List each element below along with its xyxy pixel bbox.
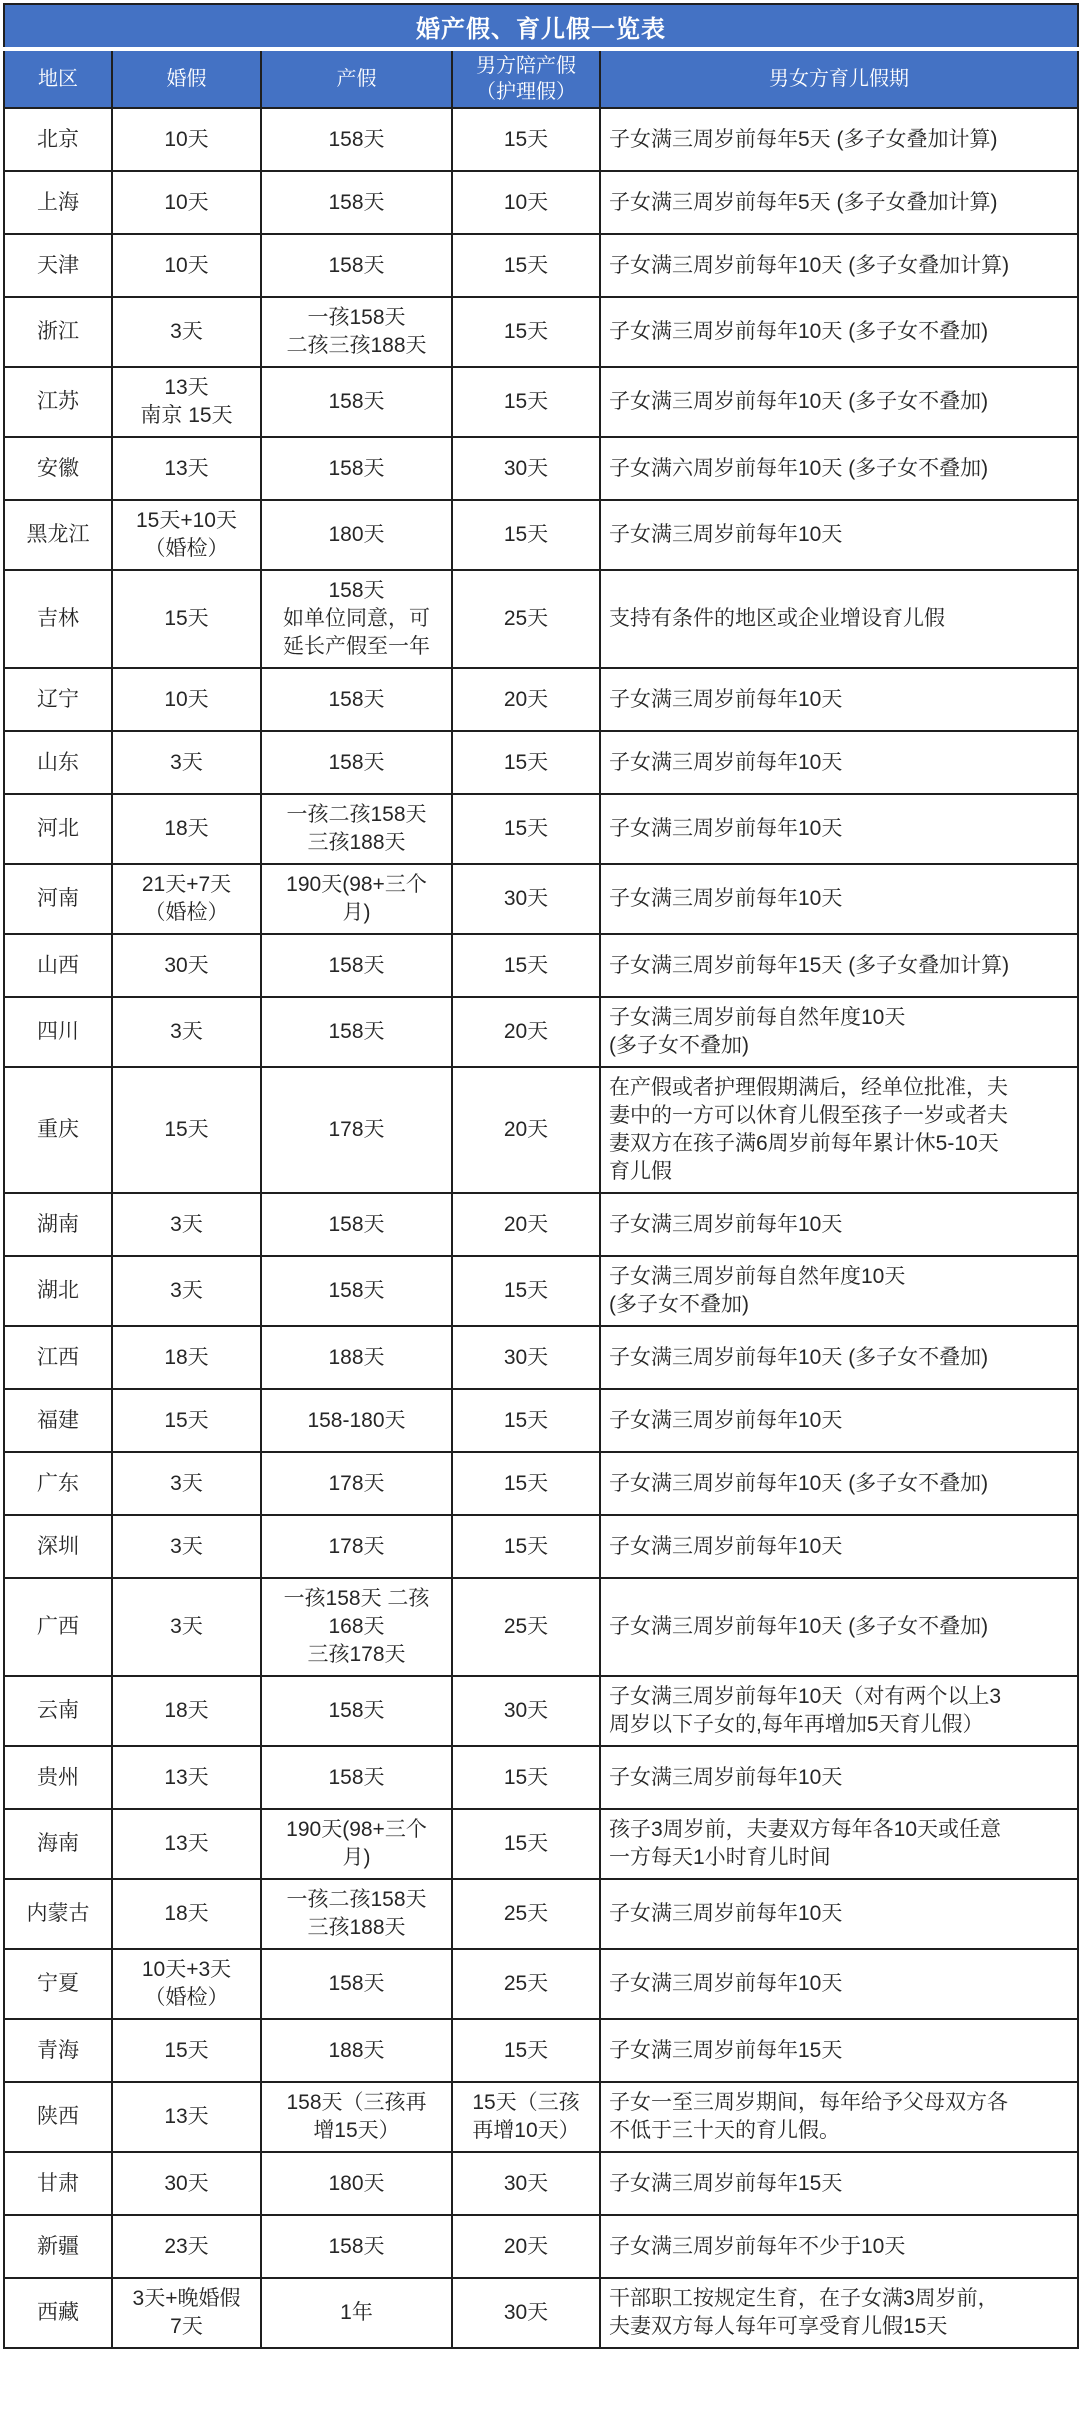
maternity-leave-cell: 180天 [261, 500, 452, 570]
maternity-leave-cell: 188天 [261, 2019, 452, 2082]
marriage-leave-cell: 30天 [112, 2152, 261, 2215]
paternity-leave-cell: 15天 [452, 1809, 600, 1879]
parental-leave-cell: 子女满三周岁前每年10天 [600, 731, 1078, 794]
marriage-leave-cell: 3天 [112, 1452, 261, 1515]
region-cell: 新疆 [4, 2215, 112, 2278]
parental-leave-cell: 子女满三周岁前每年10天 [600, 1746, 1078, 1809]
marriage-leave-cell: 13天 [112, 1746, 261, 1809]
table-title: 婚产假、育儿假一览表 [4, 4, 1078, 49]
region-cell: 广西 [4, 1578, 112, 1676]
paternity-leave-cell: 30天 [452, 2152, 600, 2215]
maternity-leave-cell: 190天(98+三个 月) [261, 1809, 452, 1879]
region-cell: 宁夏 [4, 1949, 112, 2019]
maternity-leave-cell: 158天 [261, 1676, 452, 1746]
maternity-leave-cell: 188天 [261, 1326, 452, 1389]
parental-leave-cell: 子女满三周岁前每年10天 (多子女不叠加) [600, 1326, 1078, 1389]
paternity-leave-cell: 30天 [452, 2278, 600, 2348]
paternity-leave-cell: 30天 [452, 1676, 600, 1746]
column-header-parental: 男女方育儿假期 [600, 49, 1078, 108]
paternity-leave-cell: 25天 [452, 1578, 600, 1676]
paternity-leave-cell: 25天 [452, 570, 600, 668]
table-row: 河南21天+7天 （婚检）190天(98+三个 月)30天子女满三周岁前每年10… [4, 864, 1078, 934]
header-row: 地区 婚假 产假 男方陪产假 （护理假） 男女方育儿假期 [4, 49, 1078, 108]
maternity-leave-cell: 158天 [261, 731, 452, 794]
region-cell: 山西 [4, 934, 112, 997]
marriage-leave-cell: 18天 [112, 1676, 261, 1746]
marriage-leave-cell: 3天 [112, 1515, 261, 1578]
region-cell: 甘肃 [4, 2152, 112, 2215]
column-header-paternity: 男方陪产假 （护理假） [452, 49, 600, 108]
region-cell: 广东 [4, 1452, 112, 1515]
paternity-leave-cell: 15天 [452, 1452, 600, 1515]
marriage-leave-cell: 10天 [112, 668, 261, 731]
maternity-leave-cell: 一孩二孩158天 三孩188天 [261, 1879, 452, 1949]
paternity-leave-cell: 15天 [452, 1746, 600, 1809]
table-row: 广西3天一孩158天 二孩 168天 三孩178天25天子女满三周岁前每年10天… [4, 1578, 1078, 1676]
maternity-leave-cell: 158天 [261, 1949, 452, 2019]
paternity-leave-cell: 15天 [452, 1515, 600, 1578]
region-cell: 吉林 [4, 570, 112, 668]
maternity-leave-cell: 158天 [261, 437, 452, 500]
paternity-leave-cell: 30天 [452, 437, 600, 500]
table-head: 婚产假、育儿假一览表 地区 婚假 产假 男方陪产假 （护理假） 男女方育儿假期 [4, 4, 1078, 108]
parental-leave-cell: 子女满三周岁前每年10天 [600, 1389, 1078, 1452]
parental-leave-cell: 子女满三周岁前每年10天 [600, 668, 1078, 731]
table-row: 海南13天190天(98+三个 月)15天孩子3周岁前，夫妻双方每年各10天或任… [4, 1809, 1078, 1879]
paternity-leave-cell: 15天 [452, 934, 600, 997]
table-row: 辽宁10天158天20天子女满三周岁前每年10天 [4, 668, 1078, 731]
table-row: 黑龙江15天+10天 （婚检）180天15天子女满三周岁前每年10天 [4, 500, 1078, 570]
region-cell: 内蒙古 [4, 1879, 112, 1949]
maternity-leave-cell: 1年 [261, 2278, 452, 2348]
region-cell: 浙江 [4, 297, 112, 367]
region-cell: 天津 [4, 234, 112, 297]
region-cell: 北京 [4, 108, 112, 171]
paternity-leave-cell: 15天 [452, 2019, 600, 2082]
paternity-leave-cell: 15天（三孩 再增10天） [452, 2082, 600, 2152]
paternity-leave-cell: 25天 [452, 1949, 600, 2019]
table-row: 浙江3天一孩158天 二孩三孩188天15天子女满三周岁前每年10天 (多子女不… [4, 297, 1078, 367]
region-cell: 山东 [4, 731, 112, 794]
parental-leave-cell: 子女满三周岁前每年10天 [600, 1193, 1078, 1256]
maternity-leave-cell: 158天 [261, 234, 452, 297]
column-header-maternity: 产假 [261, 49, 452, 108]
maternity-leave-cell: 158天（三孩再 增15天） [261, 2082, 452, 2152]
maternity-leave-cell: 158天 [261, 668, 452, 731]
parental-leave-cell: 子女满三周岁前每年10天 [600, 1879, 1078, 1949]
paternity-leave-cell: 20天 [452, 2215, 600, 2278]
region-cell: 湖北 [4, 1256, 112, 1326]
paternity-leave-cell: 20天 [452, 1193, 600, 1256]
region-cell: 深圳 [4, 1515, 112, 1578]
parental-leave-cell: 支持有条件的地区或企业增设育儿假 [600, 570, 1078, 668]
parental-leave-cell: 子女满三周岁前每年10天 [600, 500, 1078, 570]
marriage-leave-cell: 10天 [112, 108, 261, 171]
region-cell: 安徽 [4, 437, 112, 500]
parental-leave-cell: 子女满三周岁前每年10天（对有两个以上3 周岁以下子女的,每年再增加5天育儿假） [600, 1676, 1078, 1746]
column-header-marriage: 婚假 [112, 49, 261, 108]
marriage-leave-cell: 30天 [112, 934, 261, 997]
marriage-leave-cell: 21天+7天 （婚检） [112, 864, 261, 934]
maternity-leave-cell: 190天(98+三个 月) [261, 864, 452, 934]
region-cell: 上海 [4, 171, 112, 234]
parental-leave-cell: 在产假或者护理假期满后，经单位批准，夫 妻中的一方可以休育儿假至孩子一岁或者夫 … [600, 1067, 1078, 1193]
paternity-leave-cell: 15天 [452, 367, 600, 437]
marriage-leave-cell: 15天 [112, 1389, 261, 1452]
region-cell: 海南 [4, 1809, 112, 1879]
marriage-leave-cell: 3天 [112, 997, 261, 1067]
region-cell: 青海 [4, 2019, 112, 2082]
paternity-leave-cell: 30天 [452, 1326, 600, 1389]
maternity-leave-cell: 178天 [261, 1067, 452, 1193]
table-row: 新疆23天158天20天子女满三周岁前每年不少于10天 [4, 2215, 1078, 2278]
paternity-leave-cell: 10天 [452, 171, 600, 234]
region-cell: 河北 [4, 794, 112, 864]
paternity-leave-cell: 15天 [452, 108, 600, 171]
marriage-leave-cell: 23天 [112, 2215, 261, 2278]
marriage-leave-cell: 13天 [112, 2082, 261, 2152]
region-cell: 福建 [4, 1389, 112, 1452]
maternity-leave-cell: 一孩158天 二孩三孩188天 [261, 297, 452, 367]
marriage-leave-cell: 15天 [112, 570, 261, 668]
maternity-leave-cell: 158天 [261, 997, 452, 1067]
paternity-leave-cell: 15天 [452, 234, 600, 297]
region-cell: 贵州 [4, 1746, 112, 1809]
table-row: 江西18天188天30天子女满三周岁前每年10天 (多子女不叠加) [4, 1326, 1078, 1389]
paternity-leave-cell: 30天 [452, 864, 600, 934]
table-row: 深圳3天178天15天子女满三周岁前每年10天 [4, 1515, 1078, 1578]
paternity-leave-cell: 15天 [452, 297, 600, 367]
maternity-leave-cell: 158天 如单位同意，可 延长产假至一年 [261, 570, 452, 668]
region-cell: 江苏 [4, 367, 112, 437]
marriage-leave-cell: 3天+晚婚假 7天 [112, 2278, 261, 2348]
paternity-leave-cell: 25天 [452, 1879, 600, 1949]
parental-leave-cell: 子女满三周岁前每年10天 (多子女不叠加) [600, 367, 1078, 437]
marriage-leave-cell: 13天 南京 15天 [112, 367, 261, 437]
region-cell: 西藏 [4, 2278, 112, 2348]
table-row: 内蒙古18天一孩二孩158天 三孩188天25天子女满三周岁前每年10天 [4, 1879, 1078, 1949]
paternity-leave-cell: 15天 [452, 1389, 600, 1452]
table-row: 山东3天158天15天子女满三周岁前每年10天 [4, 731, 1078, 794]
column-header-region: 地区 [4, 49, 112, 108]
parental-leave-cell: 子女满三周岁前每年10天 (多子女不叠加) [600, 1452, 1078, 1515]
maternity-leave-cell: 158天 [261, 367, 452, 437]
parental-leave-cell: 子女满三周岁前每年10天 (多子女不叠加) [600, 297, 1078, 367]
parental-leave-cell: 干部职工按规定生育，在子女满3周岁前， 夫妻双方每人每年可享受育儿假15天 [600, 2278, 1078, 2348]
maternity-leave-cell: 158天 [261, 108, 452, 171]
marriage-leave-cell: 15天+10天 （婚检） [112, 500, 261, 570]
region-cell: 陕西 [4, 2082, 112, 2152]
parental-leave-cell: 子女满三周岁前每年10天 [600, 864, 1078, 934]
parental-leave-cell: 孩子3周岁前，夫妻双方每年各10天或任意 一方每天1小时育儿时间 [600, 1809, 1078, 1879]
region-cell: 云南 [4, 1676, 112, 1746]
paternity-leave-cell: 15天 [452, 1256, 600, 1326]
marriage-leave-cell: 10天 [112, 234, 261, 297]
table-row: 贵州13天158天15天子女满三周岁前每年10天 [4, 1746, 1078, 1809]
table-row: 甘肃30天180天30天子女满三周岁前每年15天 [4, 2152, 1078, 2215]
table-row: 天津10天158天15天子女满三周岁前每年10天 (多子女叠加计算) [4, 234, 1078, 297]
parental-leave-cell: 子女满三周岁前每年不少于10天 [600, 2215, 1078, 2278]
marriage-leave-cell: 3天 [112, 1578, 261, 1676]
table-row: 北京10天158天15天子女满三周岁前每年5天 (多子女叠加计算) [4, 108, 1078, 171]
marriage-leave-cell: 18天 [112, 794, 261, 864]
table-row: 湖北3天158天15天子女满三周岁前每自然年度10天 (多子女不叠加) [4, 1256, 1078, 1326]
marriage-leave-cell: 3天 [112, 297, 261, 367]
maternity-leave-cell: 158天 [261, 171, 452, 234]
table-row: 河北18天一孩二孩158天 三孩188天15天子女满三周岁前每年10天 [4, 794, 1078, 864]
paternity-leave-cell: 15天 [452, 731, 600, 794]
table-row: 西藏3天+晚婚假 7天1年30天干部职工按规定生育，在子女满3周岁前， 夫妻双方… [4, 2278, 1078, 2348]
marriage-leave-cell: 15天 [112, 2019, 261, 2082]
region-cell: 重庆 [4, 1067, 112, 1193]
maternity-leave-cell: 158天 [261, 934, 452, 997]
maternity-leave-cell: 158天 [261, 1746, 452, 1809]
marriage-leave-cell: 3天 [112, 1256, 261, 1326]
marriage-leave-cell: 3天 [112, 731, 261, 794]
region-cell: 河南 [4, 864, 112, 934]
parental-leave-cell: 子女满三周岁前每年5天 (多子女叠加计算) [600, 171, 1078, 234]
table-body: 北京10天158天15天子女满三周岁前每年5天 (多子女叠加计算)上海10天15… [4, 108, 1078, 2348]
table-row: 安徽13天158天30天子女满六周岁前每年10天 (多子女不叠加) [4, 437, 1078, 500]
table-row: 广东3天178天15天子女满三周岁前每年10天 (多子女不叠加) [4, 1452, 1078, 1515]
parental-leave-cell: 子女满三周岁前每自然年度10天 (多子女不叠加) [600, 1256, 1078, 1326]
parental-leave-cell: 子女满三周岁前每年5天 (多子女叠加计算) [600, 108, 1078, 171]
region-cell: 江西 [4, 1326, 112, 1389]
table-row: 吉林15天158天 如单位同意，可 延长产假至一年25天支持有条件的地区或企业增… [4, 570, 1078, 668]
table-row: 宁夏10天+3天 （婚检）158天25天子女满三周岁前每年10天 [4, 1949, 1078, 2019]
parental-leave-cell: 子女满三周岁前每年10天 [600, 794, 1078, 864]
paternity-leave-cell: 20天 [452, 1067, 600, 1193]
maternity-leave-cell: 180天 [261, 2152, 452, 2215]
maternity-leave-cell: 一孩二孩158天 三孩188天 [261, 794, 452, 864]
table-row: 重庆15天178天20天在产假或者护理假期满后，经单位批准，夫 妻中的一方可以休… [4, 1067, 1078, 1193]
maternity-leave-cell: 158天 [261, 1256, 452, 1326]
region-cell: 黑龙江 [4, 500, 112, 570]
table-row: 福建15天158-180天15天子女满三周岁前每年10天 [4, 1389, 1078, 1452]
leave-table: 婚产假、育儿假一览表 地区 婚假 产假 男方陪产假 （护理假） 男女方育儿假期 … [3, 3, 1079, 2349]
paternity-leave-cell: 15天 [452, 500, 600, 570]
parental-leave-cell: 子女一至三周岁期间，每年给予父母双方各 不低于三十天的育儿假。 [600, 2082, 1078, 2152]
maternity-leave-cell: 158天 [261, 2215, 452, 2278]
table-row: 陕西13天158天（三孩再 增15天）15天（三孩 再增10天）子女一至三周岁期… [4, 2082, 1078, 2152]
marriage-leave-cell: 10天+3天 （婚检） [112, 1949, 261, 2019]
parental-leave-cell: 子女满三周岁前每年10天 (多子女不叠加) [600, 1578, 1078, 1676]
parental-leave-cell: 子女满三周岁前每年15天 [600, 2019, 1078, 2082]
parental-leave-cell: 子女满三周岁前每年15天 (多子女叠加计算) [600, 934, 1078, 997]
title-row: 婚产假、育儿假一览表 [4, 4, 1078, 49]
table-row: 青海15天188天15天子女满三周岁前每年15天 [4, 2019, 1078, 2082]
maternity-leave-cell: 一孩158天 二孩 168天 三孩178天 [261, 1578, 452, 1676]
parental-leave-cell: 子女满三周岁前每年10天 [600, 1515, 1078, 1578]
table-row: 湖南3天158天20天子女满三周岁前每年10天 [4, 1193, 1078, 1256]
parental-leave-cell: 子女满六周岁前每年10天 (多子女不叠加) [600, 437, 1078, 500]
marriage-leave-cell: 10天 [112, 171, 261, 234]
maternity-leave-cell: 178天 [261, 1452, 452, 1515]
table-row: 云南18天158天30天子女满三周岁前每年10天（对有两个以上3 周岁以下子女的… [4, 1676, 1078, 1746]
region-cell: 湖南 [4, 1193, 112, 1256]
parental-leave-cell: 子女满三周岁前每自然年度10天 (多子女不叠加) [600, 997, 1078, 1067]
marriage-leave-cell: 18天 [112, 1879, 261, 1949]
maternity-leave-cell: 158天 [261, 1193, 452, 1256]
paternity-leave-cell: 15天 [452, 794, 600, 864]
region-cell: 辽宁 [4, 668, 112, 731]
paternity-leave-cell: 20天 [452, 668, 600, 731]
marriage-leave-cell: 15天 [112, 1067, 261, 1193]
marriage-leave-cell: 18天 [112, 1326, 261, 1389]
paternity-leave-cell: 20天 [452, 997, 600, 1067]
marriage-leave-cell: 13天 [112, 1809, 261, 1879]
table-row: 上海10天158天10天子女满三周岁前每年5天 (多子女叠加计算) [4, 171, 1078, 234]
parental-leave-cell: 子女满三周岁前每年10天 [600, 1949, 1078, 2019]
marriage-leave-cell: 3天 [112, 1193, 261, 1256]
table-row: 山西30天158天15天子女满三周岁前每年15天 (多子女叠加计算) [4, 934, 1078, 997]
maternity-leave-cell: 178天 [261, 1515, 452, 1578]
parental-leave-cell: 子女满三周岁前每年10天 (多子女叠加计算) [600, 234, 1078, 297]
marriage-leave-cell: 13天 [112, 437, 261, 500]
region-cell: 四川 [4, 997, 112, 1067]
table-row: 四川3天158天20天子女满三周岁前每自然年度10天 (多子女不叠加) [4, 997, 1078, 1067]
maternity-leave-cell: 158-180天 [261, 1389, 452, 1452]
table-row: 江苏13天 南京 15天158天15天子女满三周岁前每年10天 (多子女不叠加) [4, 367, 1078, 437]
parental-leave-cell: 子女满三周岁前每年15天 [600, 2152, 1078, 2215]
